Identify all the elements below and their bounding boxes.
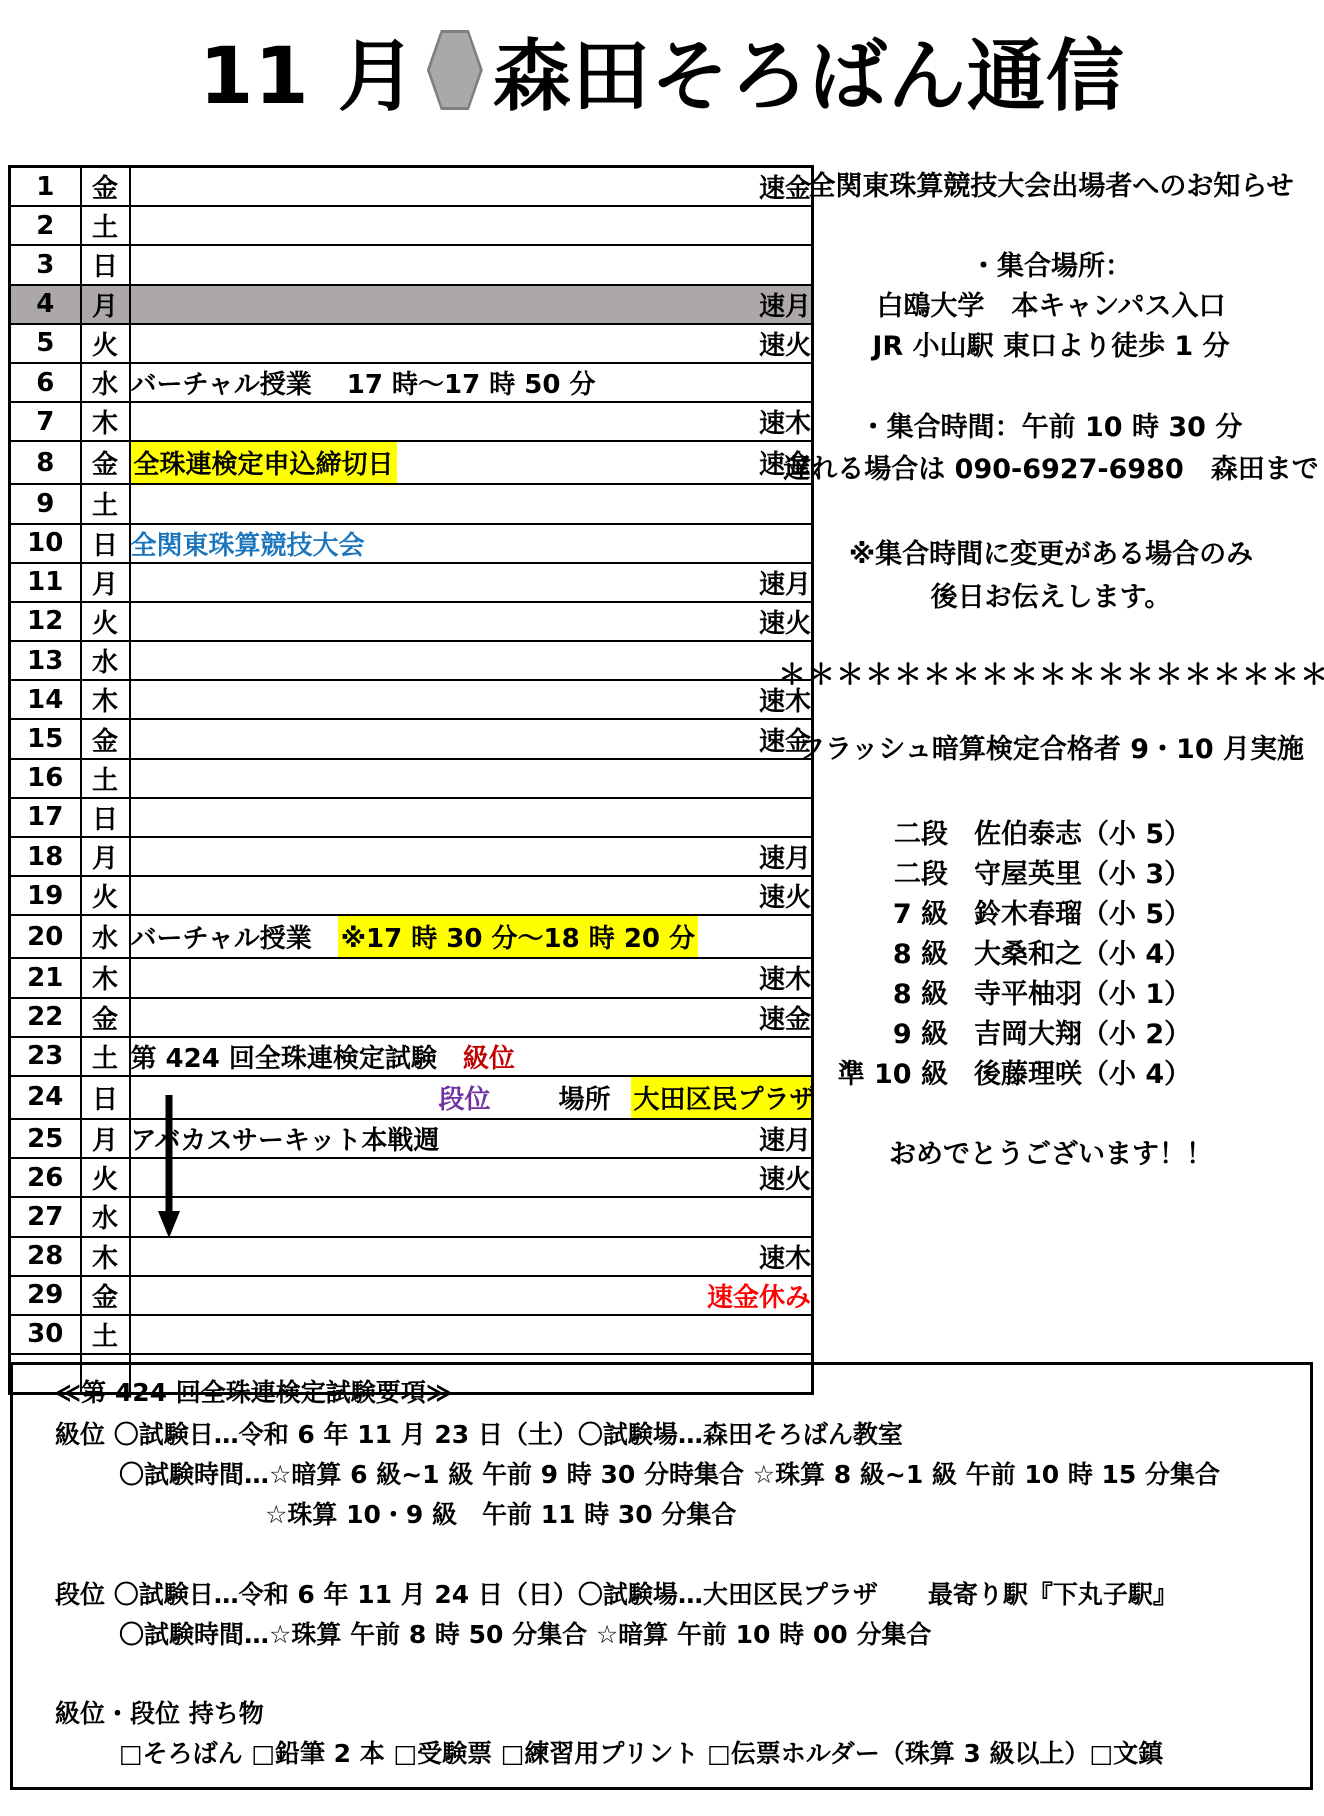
calendar-row: 27水 bbox=[10, 1197, 813, 1236]
announcement-line: JR 小山駅 東口より徒歩 1 分 bbox=[778, 327, 1324, 367]
event-cell bbox=[130, 245, 813, 284]
notice-line: □そろばん □鉛筆 2 本 □受験票 □練習用プリント □伝票ホルダー（珠算 3… bbox=[13, 1734, 1310, 1774]
event-cell bbox=[130, 484, 813, 523]
calendar-row: 13水 bbox=[10, 641, 813, 680]
event-cell bbox=[130, 641, 813, 680]
event-cell: 速月 bbox=[130, 563, 813, 602]
rank-label: 8 級 bbox=[778, 935, 948, 975]
day-number-cell: 16 bbox=[10, 759, 81, 798]
weekday-cell: 日 bbox=[81, 1076, 130, 1119]
event-text: ※17 時 30 分～18 時 20 分 bbox=[338, 916, 698, 957]
weekday-cell: 火 bbox=[81, 876, 130, 915]
weekday-cell: 金 bbox=[81, 441, 130, 484]
event-cell: 全関東珠算競技大会 bbox=[130, 524, 813, 563]
event-text: バーチャル授業 17 時～17 時 50 分 bbox=[131, 364, 596, 401]
event-text: 第 424 回全珠連検定試験 bbox=[131, 1038, 437, 1075]
event-cell: 速金 bbox=[130, 998, 813, 1037]
pass-list-item: 二段佐伯泰志（小 5） bbox=[778, 815, 1324, 855]
calendar-row: 7木速木 bbox=[10, 402, 813, 441]
day-number-cell: 4 bbox=[10, 285, 81, 324]
rank-label: 8 級 bbox=[778, 975, 948, 1015]
weekday-cell: 火 bbox=[81, 602, 130, 641]
title-newsletter-name: 森田そろばん通信 bbox=[493, 14, 1125, 126]
calendar-row: 2土 bbox=[10, 206, 813, 245]
student-name: 大桑和之（小 4） bbox=[974, 935, 1191, 975]
day-number-cell: 30 bbox=[10, 1315, 81, 1354]
calendar-table: 1金速金2土3日4月速月5火速火6水バーチャル授業 17 時～17 時 50 分… bbox=[8, 165, 814, 1395]
day-number-cell: 1 bbox=[10, 167, 81, 207]
event-text: バーチャル授業 bbox=[131, 918, 338, 955]
day-number-cell: 2 bbox=[10, 206, 81, 245]
student-name: 後藤理咲（小 4） bbox=[974, 1055, 1191, 1095]
notice-line: 級位・段位 持ち物 bbox=[13, 1694, 1310, 1734]
event-cell bbox=[130, 798, 813, 837]
day-number-cell: 27 bbox=[10, 1197, 81, 1236]
calendar-row: 10日全関東珠算競技大会 bbox=[10, 524, 813, 563]
day-number-cell: 6 bbox=[10, 363, 81, 402]
weekday-cell: 日 bbox=[81, 245, 130, 284]
event-cell: バーチャル授業 17 時～17 時 50 分 bbox=[130, 363, 813, 402]
weekday-cell: 金 bbox=[81, 167, 130, 207]
event-cell: 速木 bbox=[130, 680, 813, 719]
calendar-row: 11月速月 bbox=[10, 563, 813, 602]
page-title: 11 月 森田そろばん通信 bbox=[0, 14, 1324, 126]
weekday-cell: 日 bbox=[81, 524, 130, 563]
weekday-cell: 日 bbox=[81, 798, 130, 837]
day-number-cell: 28 bbox=[10, 1237, 81, 1276]
event-text: 全関東珠算競技大会 bbox=[131, 525, 365, 562]
calendar-row: 17日 bbox=[10, 798, 813, 837]
weekday-cell: 月 bbox=[81, 837, 130, 876]
event-cell: 速火 bbox=[130, 1158, 813, 1197]
day-number-cell: 15 bbox=[10, 719, 81, 758]
weekday-cell: 土 bbox=[81, 759, 130, 798]
announcement-line: 白鴎大学 本キャンパス入口 bbox=[778, 287, 1324, 327]
pass-list-item: 二段守屋英里（小 3） bbox=[778, 855, 1324, 895]
rank-label: 二段 bbox=[778, 815, 948, 855]
weekday-cell: 木 bbox=[81, 958, 130, 997]
event-cell: 速月 bbox=[130, 837, 813, 876]
day-number-cell: 20 bbox=[10, 915, 81, 958]
calendar-row: 25月アバカスサーキット本戦週速月 bbox=[10, 1119, 813, 1158]
day-number-cell: 29 bbox=[10, 1276, 81, 1315]
calendar-row: 3日 bbox=[10, 245, 813, 284]
announcement-line: フラッシュ暗算検定合格者 9・10 月実施 bbox=[778, 730, 1324, 770]
day-number-cell: 3 bbox=[10, 245, 81, 284]
weekday-cell: 土 bbox=[81, 1315, 130, 1354]
event-text: 場所 bbox=[559, 1079, 611, 1116]
student-name: 吉岡大翔（小 2） bbox=[974, 1015, 1191, 1055]
announcement-line: ※集合時間に変更がある場合のみ bbox=[778, 535, 1324, 575]
event-text: 段位 bbox=[439, 1079, 491, 1116]
speed-class-label: 速木 bbox=[759, 1238, 811, 1275]
student-name: 守屋英里（小 3） bbox=[974, 855, 1191, 895]
calendar-row: 14木速木 bbox=[10, 680, 813, 719]
weekday-cell: 金 bbox=[81, 1276, 130, 1315]
calendar-row: 6水バーチャル授業 17 時～17 時 50 分 bbox=[10, 363, 813, 402]
day-number-cell: 13 bbox=[10, 641, 81, 680]
announcement-line: ・集合場所： bbox=[778, 247, 1324, 287]
announcement-line: 全関東珠算競技大会出場者へのお知らせ bbox=[778, 167, 1324, 207]
notice-line: ☆珠算 10・9 級 午前 11 時 30 分集合 bbox=[13, 1495, 1310, 1535]
announcement-line: 遅れる場合は 090-6927-6980 森田まで bbox=[778, 450, 1324, 490]
event-cell: バーチャル授業 ※17 時 30 分～18 時 20 分 bbox=[130, 915, 813, 958]
day-number-cell: 7 bbox=[10, 402, 81, 441]
calendar-row: 9土 bbox=[10, 484, 813, 523]
day-number-cell: 23 bbox=[10, 1037, 81, 1076]
event-cell: 速火 bbox=[130, 876, 813, 915]
event-text: アバカスサーキット本戦週 bbox=[131, 1120, 440, 1157]
calendar-row: 19火速火 bbox=[10, 876, 813, 915]
event-cell bbox=[130, 759, 813, 798]
day-number-cell: 11 bbox=[10, 563, 81, 602]
notice-line: ≪第 424 回全珠連検定試験要項≫ bbox=[13, 1373, 1310, 1413]
weekday-cell: 月 bbox=[81, 563, 130, 602]
day-number-cell: 24 bbox=[10, 1076, 81, 1119]
student-name: 鈴木春瑠（小 5） bbox=[974, 895, 1191, 935]
announcement-line: おめでとうございます！！ bbox=[778, 1135, 1324, 1175]
day-number-cell: 5 bbox=[10, 324, 81, 363]
notice-line: 段位 〇試験日…令和 6 年 11 月 24 日（日）〇試験場…大田区民プラザ … bbox=[13, 1575, 1310, 1615]
pass-list-item: 7 級鈴木春瑠（小 5） bbox=[778, 895, 1324, 935]
pass-list-item: 8 級寺平柚羽（小 1） bbox=[778, 975, 1324, 1015]
title-month: 11 月 bbox=[199, 14, 417, 126]
rank-label: 準 10 級 bbox=[778, 1055, 948, 1095]
notice-line: 〇試験時間…☆珠算 午前 8 時 50 分集合 ☆暗算 午前 10 時 00 分… bbox=[13, 1615, 1310, 1655]
day-number-cell: 19 bbox=[10, 876, 81, 915]
calendar-row: 22金速金 bbox=[10, 998, 813, 1037]
event-cell bbox=[130, 1315, 813, 1354]
event-cell: 速火 bbox=[130, 602, 813, 641]
calendar-row: 29金速金休み bbox=[10, 1276, 813, 1315]
calendar-row: 28木速木 bbox=[10, 1237, 813, 1276]
notice-line: 〇試験時間…☆暗算 6 級~1 級 午前 9 時 30 分時集合 ☆珠算 8 級… bbox=[13, 1455, 1310, 1495]
event-cell: 速金休み bbox=[130, 1276, 813, 1315]
day-number-cell: 9 bbox=[10, 484, 81, 523]
calendar: 1金速金2土3日4月速月5火速火6水バーチャル授業 17 時～17 時 50 分… bbox=[8, 165, 814, 1395]
day-number-cell: 25 bbox=[10, 1119, 81, 1158]
day-number-cell: 22 bbox=[10, 998, 81, 1037]
event-cell bbox=[130, 206, 813, 245]
hexagon-icon bbox=[427, 30, 483, 110]
calendar-row: 8金全珠連検定申込締切日速金 bbox=[10, 441, 813, 484]
pass-list-item: 準 10 級後藤理咲（小 4） bbox=[778, 1055, 1324, 1095]
calendar-row: 12火速火 bbox=[10, 602, 813, 641]
weekday-cell: 水 bbox=[81, 915, 130, 958]
announcement-line: ・集合時間：午前 10 時 30 分 bbox=[778, 408, 1324, 448]
weekday-cell: 金 bbox=[81, 719, 130, 758]
weekday-cell: 水 bbox=[81, 1197, 130, 1236]
speed-class-label: 速金休み bbox=[707, 1277, 811, 1314]
exam-notice-box: ≪第 424 回全珠連検定試験要項≫級位 〇試験日…令和 6 年 11 月 23… bbox=[10, 1362, 1313, 1790]
weekday-cell: 火 bbox=[81, 324, 130, 363]
pass-list-item: 8 級大桑和之（小 4） bbox=[778, 935, 1324, 975]
day-number-cell: 17 bbox=[10, 798, 81, 837]
event-cell bbox=[130, 1197, 813, 1236]
weekday-cell: 木 bbox=[81, 680, 130, 719]
event-cell: 速金 bbox=[130, 167, 813, 207]
rank-label: 二段 bbox=[778, 855, 948, 895]
calendar-row: 20水バーチャル授業 ※17 時 30 分～18 時 20 分 bbox=[10, 915, 813, 958]
event-cell: 速木 bbox=[130, 402, 813, 441]
weekday-cell: 木 bbox=[81, 402, 130, 441]
rank-label: 7 級 bbox=[778, 895, 948, 935]
weekday-cell: 水 bbox=[81, 641, 130, 680]
calendar-row: 24日段位場所大田区民プラザ bbox=[10, 1076, 813, 1119]
event-cell: 速火 bbox=[130, 324, 813, 363]
weekday-cell: 月 bbox=[81, 1119, 130, 1158]
announcements-panel: 全関東珠算競技大会出場者へのお知らせ・集合場所：白鴎大学 本キャンパス入口JR … bbox=[778, 167, 1324, 1175]
day-number-cell: 18 bbox=[10, 837, 81, 876]
announcement-line: 後日お伝えします。 bbox=[778, 578, 1324, 618]
calendar-row: 16土 bbox=[10, 759, 813, 798]
event-cell: 第 424 回全珠連検定試験級位 bbox=[130, 1037, 813, 1076]
weekday-cell: 土 bbox=[81, 1037, 130, 1076]
event-cell: 速金 bbox=[130, 719, 813, 758]
event-text: 全珠連検定申込締切日 bbox=[131, 442, 397, 483]
calendar-row: 21木速木 bbox=[10, 958, 813, 997]
student-name: 寺平柚羽（小 1） bbox=[974, 975, 1191, 1015]
weekday-cell: 土 bbox=[81, 206, 130, 245]
weekday-cell: 火 bbox=[81, 1158, 130, 1197]
calendar-row: 30土 bbox=[10, 1315, 813, 1354]
calendar-row: 1金速金 bbox=[10, 167, 813, 207]
weekday-cell: 木 bbox=[81, 1237, 130, 1276]
weekday-cell: 水 bbox=[81, 363, 130, 402]
divider-stars: ＊＊＊＊＊＊＊＊＊＊＊＊＊＊＊＊＊＊＊＊ bbox=[778, 655, 1324, 695]
rank-label: 9 級 bbox=[778, 1015, 948, 1055]
event-text: 級位 bbox=[463, 1038, 515, 1075]
day-number-cell: 14 bbox=[10, 680, 81, 719]
weekday-cell: 月 bbox=[81, 285, 130, 324]
event-cell: 全珠連検定申込締切日速金 bbox=[130, 441, 813, 484]
newsletter-page: 11 月 森田そろばん通信 1金速金2土3日4月速月5火速火6水バーチャル授業 … bbox=[0, 0, 1324, 1816]
event-cell: 速木 bbox=[130, 958, 813, 997]
pass-list-item: 9 級吉岡大翔（小 2） bbox=[778, 1015, 1324, 1055]
day-number-cell: 26 bbox=[10, 1158, 81, 1197]
calendar-row: 4月速月 bbox=[10, 285, 813, 324]
event-cell: アバカスサーキット本戦週速月 bbox=[130, 1119, 813, 1158]
event-cell: 段位場所大田区民プラザ bbox=[130, 1076, 813, 1119]
day-number-cell: 21 bbox=[10, 958, 81, 997]
day-number-cell: 12 bbox=[10, 602, 81, 641]
calendar-row: 5火速火 bbox=[10, 324, 813, 363]
event-cell: 速月 bbox=[130, 285, 813, 324]
day-number-cell: 10 bbox=[10, 524, 81, 563]
calendar-row: 18月速月 bbox=[10, 837, 813, 876]
calendar-row: 15金速金 bbox=[10, 719, 813, 758]
calendar-body: 1金速金2土3日4月速月5火速火6水バーチャル授業 17 時～17 時 50 分… bbox=[10, 167, 813, 1394]
day-number-cell: 8 bbox=[10, 441, 81, 484]
calendar-row: 26火速火 bbox=[10, 1158, 813, 1197]
calendar-row: 23土第 424 回全珠連検定試験級位 bbox=[10, 1037, 813, 1076]
weekday-cell: 金 bbox=[81, 998, 130, 1037]
notice-line: 級位 〇試験日…令和 6 年 11 月 23 日（土）〇試験場…森田そろばん教室 bbox=[13, 1415, 1310, 1455]
weekday-cell: 土 bbox=[81, 484, 130, 523]
student-name: 佐伯泰志（小 5） bbox=[974, 815, 1191, 855]
event-cell: 速木 bbox=[130, 1237, 813, 1276]
